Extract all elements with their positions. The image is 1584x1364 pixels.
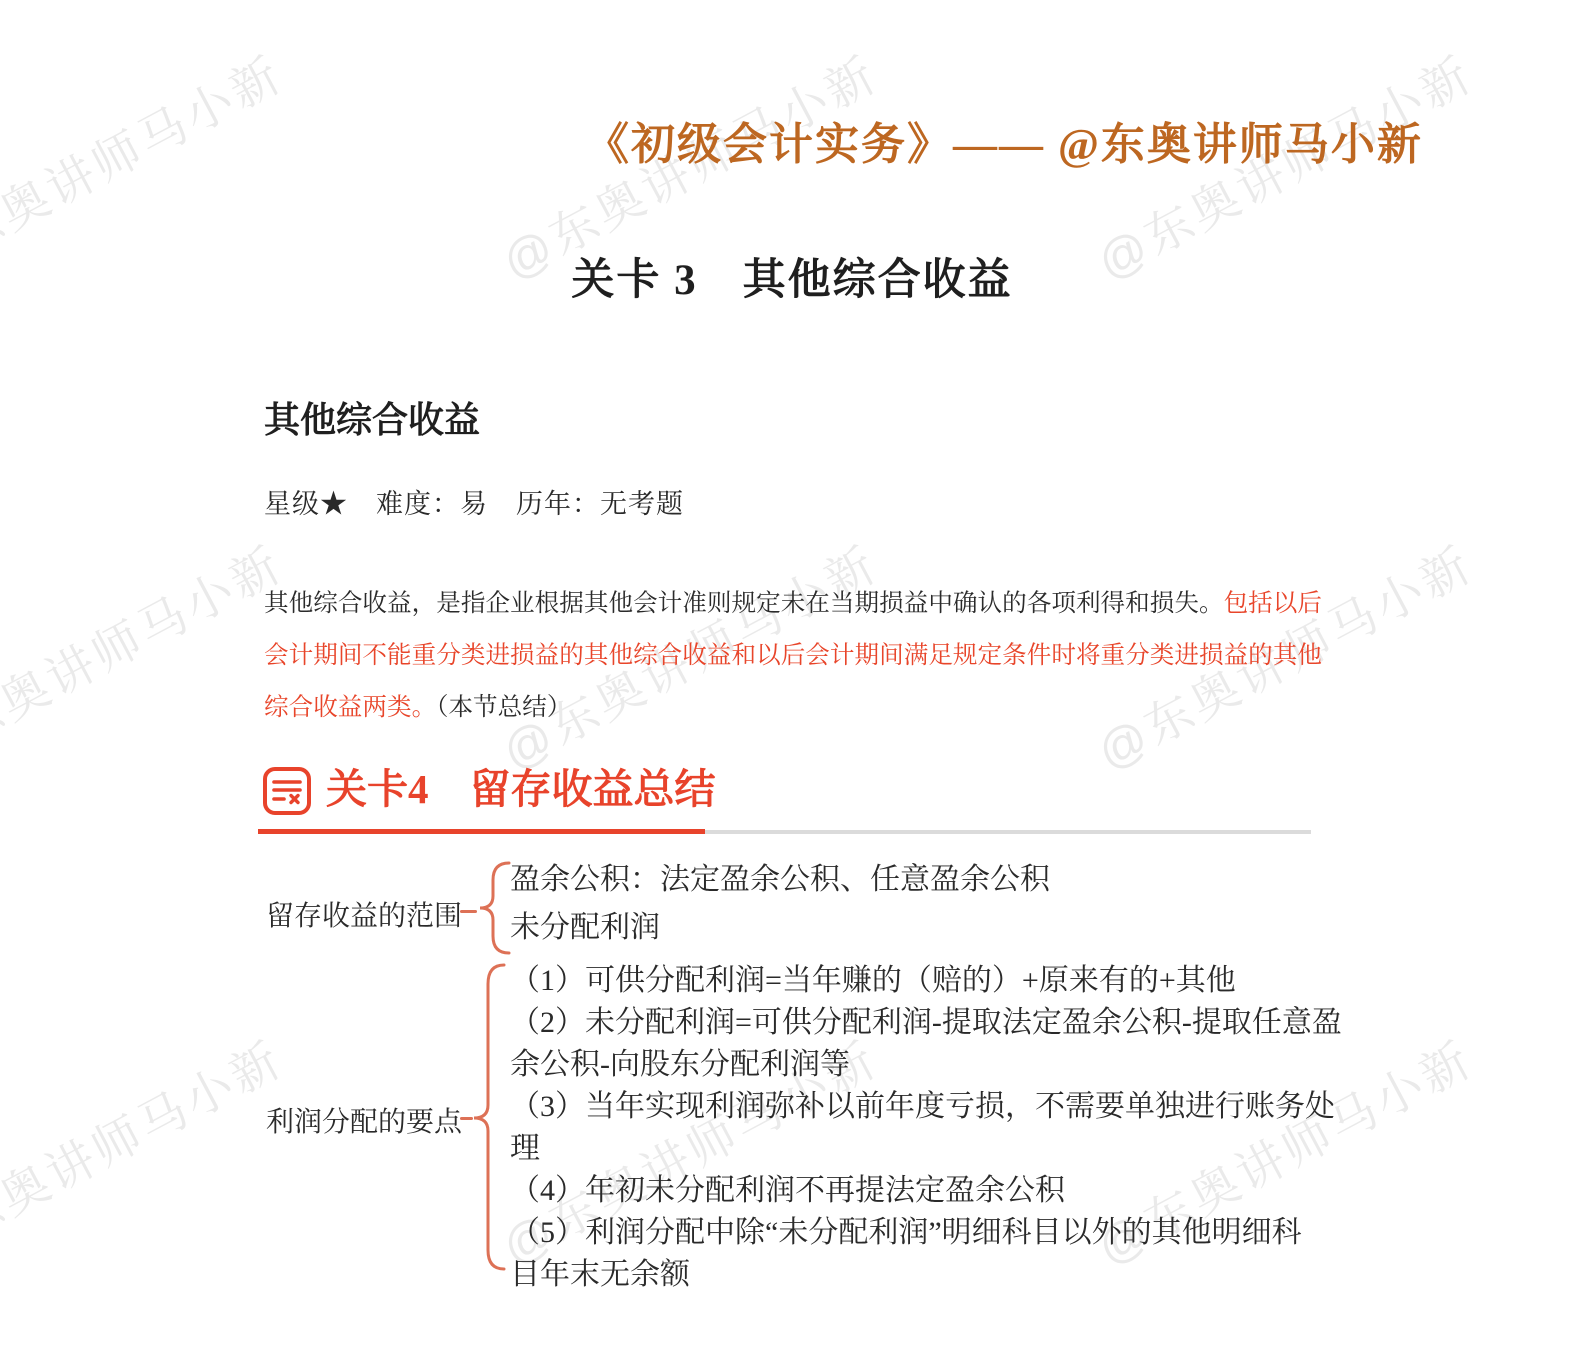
tree-branch-lines: 盈余公积：法定盈余公积、任意盈余公积未分配利润	[510, 856, 1050, 952]
heading-underline-accent	[258, 829, 705, 834]
curly-brace	[470, 962, 508, 1277]
heading-underline-track	[705, 830, 1311, 834]
paragraph-segment: （本节总结）	[436, 694, 571, 721]
curly-brace	[476, 860, 512, 961]
tree-node-label: 利润分配的要点	[266, 1100, 462, 1140]
page-title: 关卡 3 其他综合收益	[0, 246, 1584, 307]
tree-line: 盈余公积：法定盈余公积、任意盈余公积	[510, 856, 1050, 904]
tree-line: 余公积-向股东分配利润等	[510, 1044, 1342, 1086]
section4-heading: 关卡4 留存收益总结	[326, 756, 716, 815]
section-heading: 其他综合收益	[264, 392, 480, 443]
tree-line: （3）当年实现利润弥补以前年度亏损，不需要单独进行账务处	[510, 1086, 1342, 1128]
tree-line: （2）未分配利润=可供分配利润-提取法定盈余公积-提取任意盈	[510, 1002, 1342, 1044]
tree-connector	[460, 910, 477, 913]
watermark: @东奥讲师马小新	[0, 526, 294, 783]
tree-line: （4）年初未分配利润不再提法定盈余公积	[510, 1170, 1342, 1212]
tree-node-label: 留存收益的范围	[266, 894, 462, 934]
tree-line: （1）可供分配利润=当年赚的（赔的）+原来有的+其他	[510, 960, 1342, 1002]
tree-branch-lines: （1）可供分配利润=当年赚的（赔的）+原来有的+其他（2）未分配利润=可供分配利…	[510, 960, 1342, 1296]
brand-header: 《初级会计实务》—— @东奥讲师马小新	[585, 108, 1423, 172]
tree-line: 未分配利润	[510, 904, 1050, 952]
difficulty-meta: 星级★ 难度：易 历年：无考题	[264, 482, 684, 521]
tree-line: 目年末无余额	[510, 1254, 1342, 1296]
tree-line: （5）利润分配中除“未分配利润”明细科目以外的其他明细科	[510, 1212, 1342, 1254]
summary-list-icon	[262, 766, 312, 821]
intro-paragraph: 其他综合收益，是指企业根据其他会计准则规定未在当期损益中确认的各项利得和损失。包…	[264, 578, 1322, 734]
paragraph-segment: 其他综合收益，是指企业根据其他会计准则规定未在当期损益中确认的各项利得和损失。	[264, 590, 1224, 617]
tree-line: 理	[510, 1128, 1342, 1170]
watermark: @东奥讲师马小新	[0, 1021, 294, 1278]
